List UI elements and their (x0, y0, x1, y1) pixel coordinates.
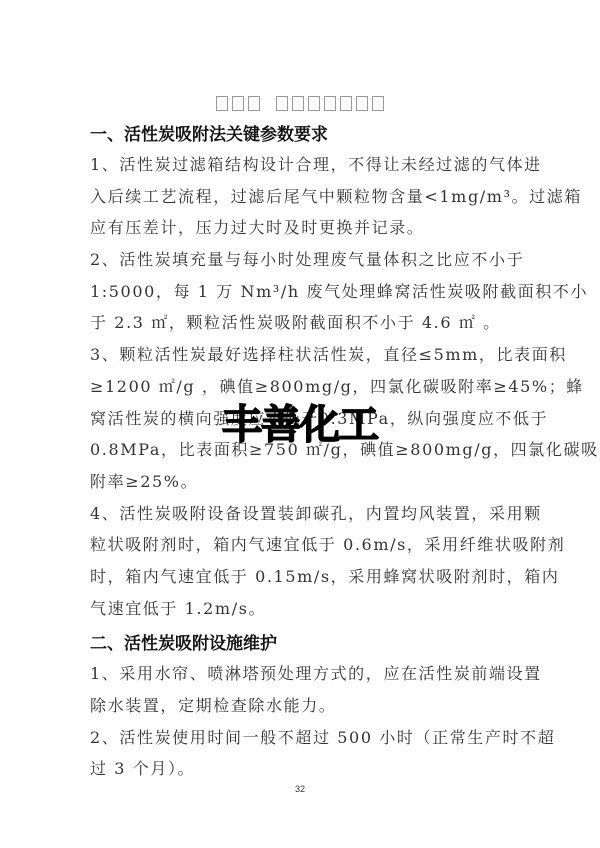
section-maintenance: 二、活性炭吸附设施维护 1、采用水帘、喷淋塔预处理方式的，应在活性炭前端设置 除… (90, 630, 514, 785)
missing-glyph-box (232, 96, 244, 111)
document-page: 一、活性炭吸附法关键参数要求 1、活性炭过滤箱结构设计合理，不得让未经过滤的气体… (0, 0, 600, 848)
paragraph-item-4: 4、活性炭吸附设备设置装卸碳孔，内置均风装置，采用颗 粒状吸附剂时，箱内气速宜低… (90, 498, 514, 625)
text-line: 时，箱内气速宜低于 0.15m/s，采用蜂窝状吸附剂时，箱内 (90, 561, 514, 593)
missing-glyph-box (248, 96, 260, 111)
text-line: 附率≥25%。 (90, 466, 514, 498)
text-line: ≥1200 ㎡/g ，碘值≥800mg/g，四氯化碳吸附率≥45%；蜂 (90, 371, 514, 403)
text-line: 2、活性炭使用时间一般不超过 500 小时（正常生产时不超 (90, 722, 514, 754)
section-heading: 一、活性炭吸附法关键参数要求 (90, 121, 514, 149)
text-line: 气速宜低于 1.2m/s。 (90, 593, 514, 625)
text-line: 1、活性炭过滤箱结构设计合理，不得让未经过滤的气体进 (90, 149, 514, 181)
missing-glyph-box (356, 96, 368, 111)
missing-glyph-box (308, 96, 320, 111)
text-line: 2、活性炭填充量与每小时处理废气量体积之比应不小于 (90, 244, 514, 276)
page-number: 32 (0, 784, 600, 794)
company-watermark: 丰善化工 (222, 400, 378, 450)
section-key-parameters: 一、活性炭吸附法关键参数要求 1、活性炭过滤箱结构设计合理，不得让未经过滤的气体… (90, 121, 514, 624)
text-line: 1:5000，每 1 万 Nm³/h 废气处理蜂窝活性炭吸附截面积不小 (90, 276, 514, 308)
paragraph-item-1: 1、活性炭过滤箱结构设计合理，不得让未经过滤的气体进 入后续工艺流程，过滤后尾气… (90, 149, 514, 244)
paragraph-item-2: 2、活性炭填充量与每小时处理废气量体积之比应不小于 1:5000，每 1 万 N… (90, 244, 514, 339)
text-line: 3、颗粒活性炭最好选择柱状活性炭，直径≤5mm，比表面积 (90, 339, 514, 371)
paragraph-item-2: 2、活性炭使用时间一般不超过 500 小时（正常生产时不超 过 3 个月）。 (90, 722, 514, 785)
text-line: 入后续工艺流程，过滤后尾气中颗粒物含量<1mg/m³。过滤箱 (90, 181, 514, 213)
missing-glyph-box (372, 96, 384, 111)
document-body: 一、活性炭吸附法关键参数要求 1、活性炭过滤箱结构设计合理，不得让未经过滤的气体… (90, 121, 514, 785)
text-line: 除水装置，定期检查除水能力。 (90, 690, 514, 722)
missing-glyph-box (340, 96, 352, 111)
missing-glyph-box (324, 96, 336, 111)
missing-glyph-box (216, 96, 228, 111)
text-line: 过 3 个月）。 (90, 753, 514, 785)
text-line: 应有压差计，压力过大时及时更换并记录。 (90, 212, 514, 244)
missing-glyph-box (276, 96, 288, 111)
paragraph-item-1: 1、采用水帘、喷淋塔预处理方式的，应在活性炭前端设置 除水装置，定期检查除水能力… (90, 658, 514, 721)
text-line: 1、采用水帘、喷淋塔预处理方式的，应在活性炭前端设置 (90, 658, 514, 690)
section-heading: 二、活性炭吸附设施维护 (90, 630, 514, 658)
page-title-unrendered-glyphs (0, 93, 600, 113)
text-line: 粒状吸附剂时，箱内气速宜低于 0.6m/s，采用纤维状吸附剂 (90, 529, 514, 561)
missing-glyph-box (292, 96, 304, 111)
text-line: 4、活性炭吸附设备设置装卸碳孔，内置均风装置，采用颗 (90, 498, 514, 530)
text-line: 于 2.3 ㎡，颗粒活性炭吸附截面积不小于 4.6 ㎡ 。 (90, 307, 514, 339)
